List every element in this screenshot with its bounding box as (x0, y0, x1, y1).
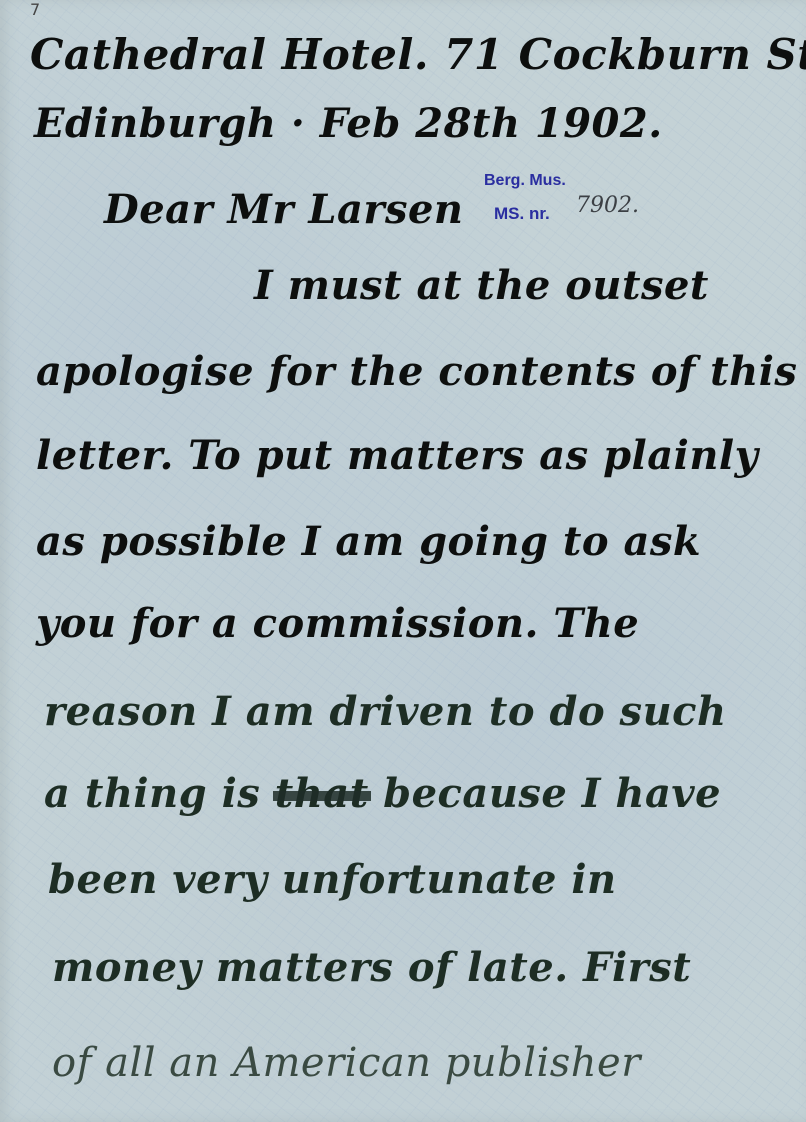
body-line-7-start: a thing is (44, 770, 260, 817)
ms-number: 7902. (576, 193, 639, 218)
date-line: Edinburgh · Feb 28th 1902. (34, 100, 663, 147)
body-line-5: you for a commission. The (36, 600, 639, 647)
salutation: Dear Mr Larsen (104, 186, 464, 233)
address-line: Cathedral Hotel. 71 Cockburn St. (30, 30, 806, 79)
body-line-4: as possible I am going to ask (36, 518, 701, 565)
body-line-7-end: because I have (383, 770, 721, 817)
body-line-8: been very unfortunate in (48, 856, 617, 903)
museum-stamp-institution: Berg. Mus. (484, 172, 566, 190)
body-line-2: apologise for the contents of this (36, 348, 797, 395)
body-line-3: letter. To put matters as plainly (36, 432, 758, 479)
letter-page: 7 Cathedral Hotel. 71 Cockburn St. Edinb… (0, 0, 806, 1122)
body-line-6: reason I am driven to do such (44, 688, 727, 735)
body-line-1: I must at the outset (254, 262, 709, 309)
page-number: 7 (30, 0, 40, 19)
body-line-10: of all an American publisher (52, 1040, 641, 1086)
body-line-7a: a thing is that because I have (44, 770, 721, 817)
body-line-9: money matters of late. First (52, 944, 691, 991)
museum-stamp-ms-label: MS. nr. (494, 204, 550, 224)
struck-out-word: that (275, 770, 369, 817)
